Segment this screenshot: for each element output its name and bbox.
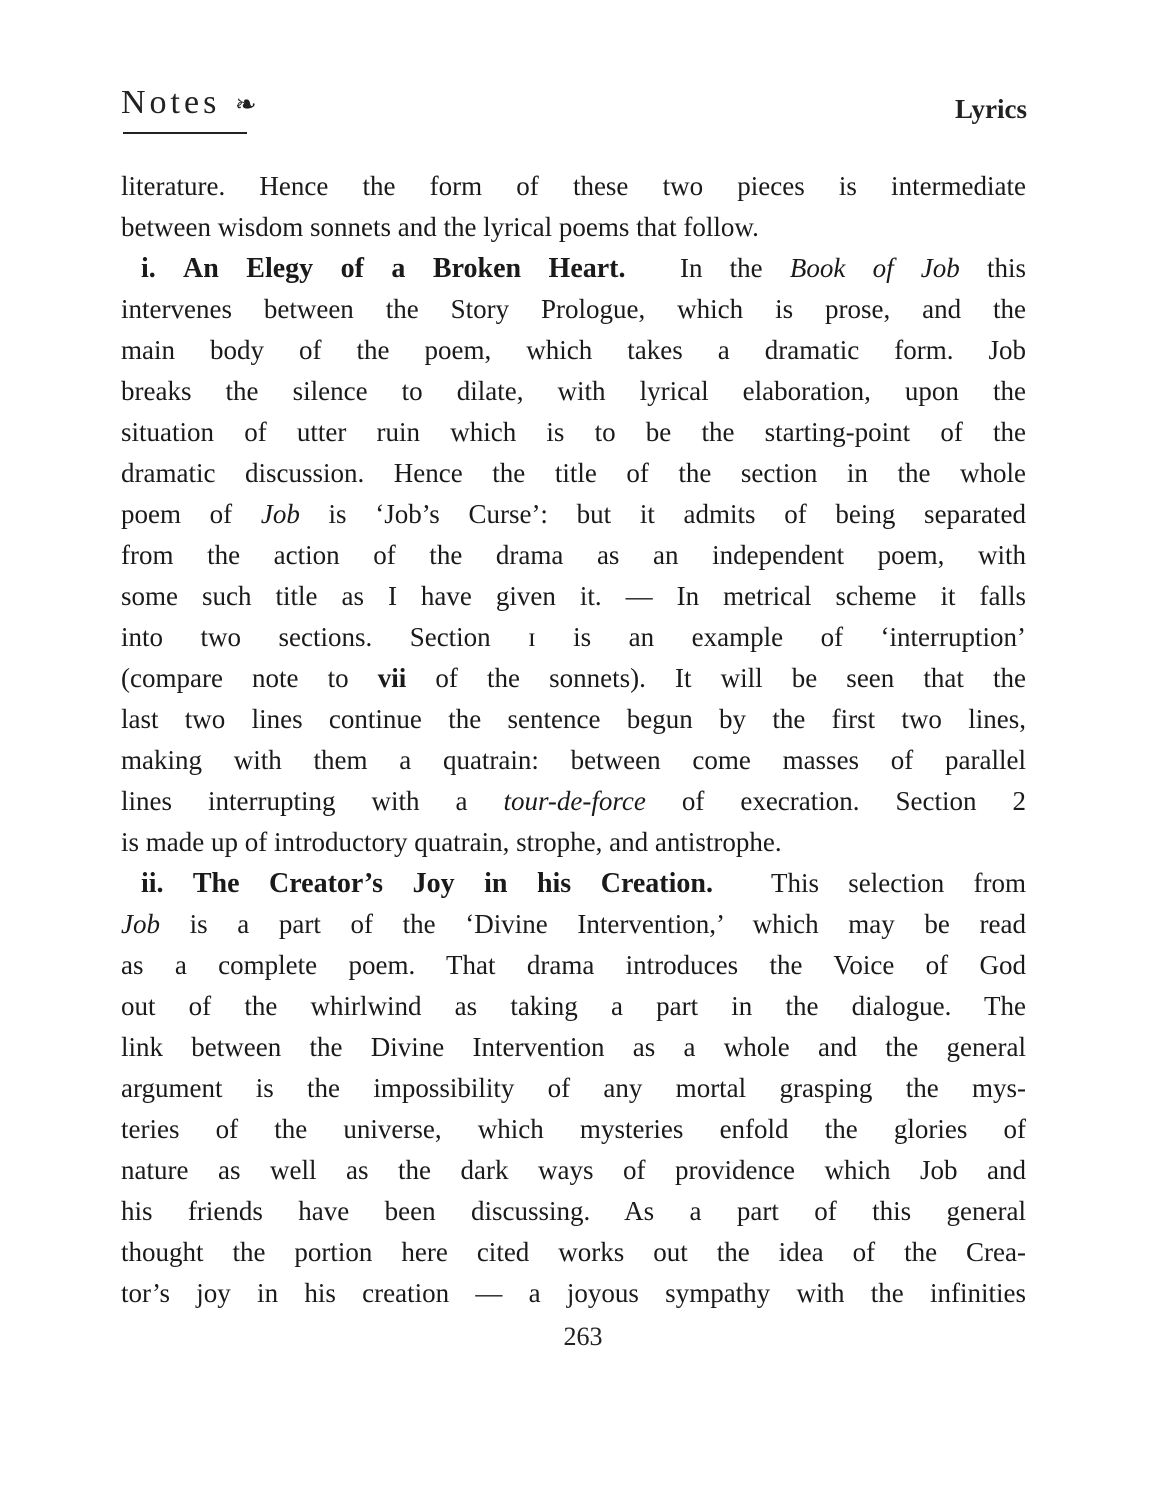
text-line: main body of the poem, which takes a dra… [121, 330, 1026, 371]
book-title-italic: Book of Job [790, 253, 960, 283]
text-run: (compare note to [121, 663, 378, 693]
book-title-italic: Job [261, 499, 300, 529]
text-line: teries of the universe, which mysteries … [121, 1109, 1026, 1150]
text-line: is made up of introductory quatrain, str… [121, 822, 1026, 863]
text-run: lines interrupting with a [121, 786, 503, 816]
page-number: 263 [0, 1322, 1166, 1352]
text-line: between wisdom sonnets and the lyrical p… [121, 207, 1026, 248]
section-ii-heading: The Creator’s Joy in his Creation. [193, 868, 713, 899]
text-line: literature. Hence the form of these two … [121, 166, 1026, 207]
text-line: poem of Job is ‘Job’s Curse’: but it adm… [121, 494, 1026, 535]
text-line: his friends have been discussing. As a p… [121, 1191, 1026, 1232]
section-i-heading: An Elegy of a Broken Heart. [183, 253, 625, 284]
running-title-right: Lyrics [955, 94, 1027, 125]
fleuron-icon: ❧ [235, 90, 257, 119]
sonnet-reference-bold: vii [378, 663, 407, 693]
phrase-italic: tour-de-force [503, 786, 645, 816]
text-line: nature as well as the dark ways of provi… [121, 1150, 1026, 1191]
text-line: breaks the silence to dilate, with lyric… [121, 371, 1026, 412]
section-ii-numeral: ii. [141, 868, 164, 899]
running-header: Notes ❧ Lyrics [121, 78, 1027, 138]
text-run: of the sonnets). It will be seen that th… [406, 663, 1026, 693]
text-line: Job is a part of the ‘Divine Interventio… [121, 904, 1026, 945]
text-line: (compare note to vii of the sonnets). It… [121, 658, 1026, 699]
text-run: In the [680, 253, 790, 283]
text-run: this [960, 253, 1026, 283]
text-line: thought the portion here cited works out… [121, 1232, 1026, 1273]
page-body: literature. Hence the form of these two … [121, 166, 1026, 1314]
text-line: into two sections. Section ɪ is an examp… [121, 617, 1026, 658]
text-run: This selection from [771, 868, 1026, 898]
text-line: argument is the impossibility of any mor… [121, 1068, 1026, 1109]
text-line: some such title as I have given it. — In… [121, 576, 1026, 617]
section-i-numeral: i. [141, 253, 156, 284]
section-ii-heading-line: ii. The Creator’s Joy in his Creation. T… [121, 863, 1026, 904]
text-line: last two lines continue the sentence beg… [121, 699, 1026, 740]
section-i-heading-line: i. An Elegy of a Broken Heart. In the Bo… [121, 248, 1026, 289]
text-line: as a complete poem. That drama introduce… [121, 945, 1026, 986]
text-line: lines interrupting with a tour-de-force … [121, 781, 1026, 822]
text-line: tor’s joy in his creation — a joyous sym… [121, 1273, 1026, 1314]
text-run: is a part of the ‘Divine Intervention,’ … [160, 909, 1026, 939]
running-title-left-text: Notes [121, 84, 220, 121]
header-underline [123, 132, 247, 134]
text-line: from the action of the drama as an indep… [121, 535, 1026, 576]
book-title-italic: Job [121, 909, 160, 939]
text-run: of execration. Section 2 [646, 786, 1026, 816]
text-run: is ‘Job’s Curse’: but it admits of being… [300, 499, 1026, 529]
text-line: dramatic discussion. Hence the title of … [121, 453, 1026, 494]
text-line: intervenes between the Story Prologue, w… [121, 289, 1026, 330]
text-line: link between the Divine Intervention as … [121, 1027, 1026, 1068]
text-line: situation of utter ruin which is to be t… [121, 412, 1026, 453]
text-run: poem of [121, 499, 261, 529]
running-title-left: Notes ❧ [121, 84, 257, 122]
text-line: out of the whirlwind as taking a part in… [121, 986, 1026, 1027]
text-line: making with them a quatrain: between com… [121, 740, 1026, 781]
